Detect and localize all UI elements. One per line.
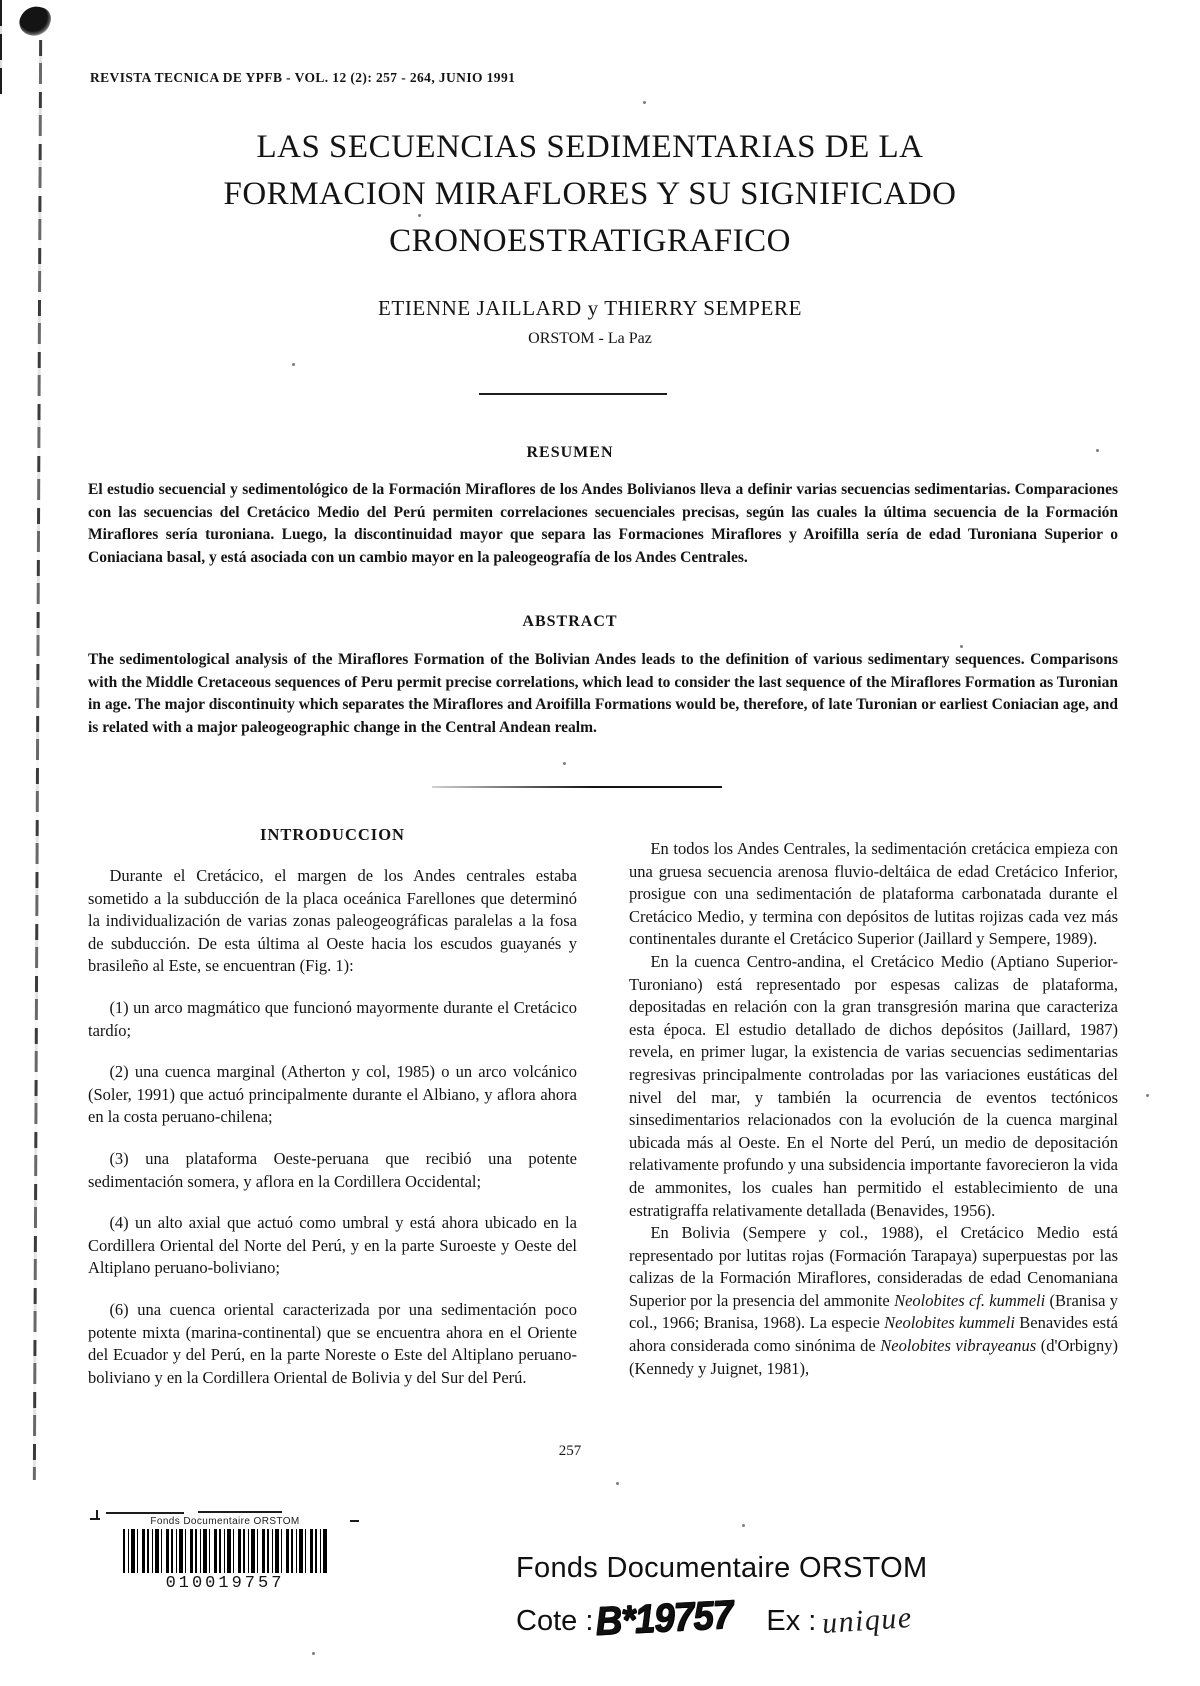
introduccion-heading: INTRODUCCION (88, 825, 577, 845)
barcode-label-block: Fonds Documentaire ORSTOM 010019757 (100, 1516, 350, 1593)
ex-handwritten-value: unique (821, 1601, 914, 1641)
intro-list-item-6: (6) una cuenca oriental caracterizada po… (88, 1299, 577, 1389)
scan-speck (292, 363, 295, 366)
intro-paragraph: En Bolivia (Sempere y col., 1988), el Cr… (629, 1222, 1118, 1380)
ex-label: Ex : (766, 1605, 816, 1638)
stamp-cote-line: Cote : B*19757 Ex : unique (516, 1597, 1116, 1639)
authors-line: ETIENNE JAILLARD y THIERRY SEMPERE (0, 296, 1180, 321)
species-name: Neolobites vibrayeanus (880, 1336, 1036, 1355)
stamp-title: Fonds Documentaire ORSTOM (516, 1552, 1116, 1585)
crop-mark (0, 0, 2, 94)
scan-speck (1146, 1094, 1149, 1097)
scan-speck (312, 1652, 315, 1655)
barcode-number: 010019757 (100, 1574, 350, 1593)
intro-list-item-2: (2) una cuenca marginal (Atherton y col,… (88, 1061, 577, 1129)
library-stamp: Fonds Documentaire ORSTOM Cote : B*19757… (516, 1552, 1116, 1639)
scan-speck (742, 1524, 745, 1527)
cote-label: Cote : (516, 1605, 593, 1638)
resumen-heading: RESUMEN (0, 444, 1140, 462)
page-number: 257 (0, 1443, 1140, 1460)
intro-paragraph: Durante el Cretácico, el margen de los A… (88, 865, 577, 978)
affiliation-line: ORSTOM - La Paz (0, 330, 1180, 348)
abstract-divider (432, 786, 722, 788)
left-column: INTRODUCCION Durante el Cretácico, el ma… (88, 800, 577, 1408)
intro-list-item-3: (3) una plataforma Oeste-peruana que rec… (88, 1148, 577, 1193)
journal-header: REVISTA TECNICA DE YPFB - VOL. 12 (2): 2… (90, 70, 515, 86)
abstract-text: The sedimentological analysis of the Mir… (88, 649, 1118, 739)
abstract-heading: ABSTRACT (0, 613, 1140, 631)
scan-speck (643, 101, 646, 104)
scan-speck (616, 1482, 619, 1485)
cote-handwritten-value: B*19757 (594, 1592, 733, 1644)
barcode (123, 1529, 327, 1573)
crop-mark (350, 1520, 359, 1522)
scan-speck (960, 645, 963, 648)
authors-divider (479, 393, 667, 395)
intro-list-item-1: (1) un arco magmático que funcionó mayor… (88, 997, 577, 1042)
barcode-label-text: Fonds Documentaire ORSTOM (100, 1516, 350, 1527)
right-column: En todos los Andes Centrales, la sedimen… (629, 800, 1118, 1408)
scan-artifact-left-edge (33, 40, 42, 1480)
scan-speck (563, 762, 566, 765)
intro-paragraph: En la cuenca Centro-andina, el Cretácico… (629, 951, 1118, 1222)
title-line-1: LAS SECUENCIAS SEDIMENTARIAS DE LA (256, 129, 923, 165)
intro-paragraph: En todos los Andes Centrales, la sedimen… (629, 838, 1118, 951)
scan-artifact-corner (16, 2, 54, 40)
article-title: LAS SECUENCIAS SEDIMENTARIAS DE LA FORMA… (90, 124, 1090, 265)
title-line-2: FORMACION MIRAFLORES Y SU SIGNIFICADO (224, 176, 957, 212)
crop-mark (106, 1512, 184, 1514)
intro-list-item-4: (4) un alto axial que actuó como umbral … (88, 1212, 577, 1280)
species-name: Neolobites kummeli (884, 1313, 1015, 1332)
title-line-3: CRONOESTRATIGRAFICO (389, 223, 791, 259)
crop-mark (90, 1518, 100, 1520)
crop-mark (198, 1511, 282, 1513)
species-name: Neolobites cf. kummeli (894, 1291, 1045, 1310)
resumen-text: El estudio secuencial y sedimentológico … (88, 479, 1118, 569)
two-column-body: INTRODUCCION Durante el Cretácico, el ma… (88, 800, 1118, 1408)
scanned-paper-page: REVISTA TECNICA DE YPFB - VOL. 12 (2): 2… (0, 0, 1200, 1686)
